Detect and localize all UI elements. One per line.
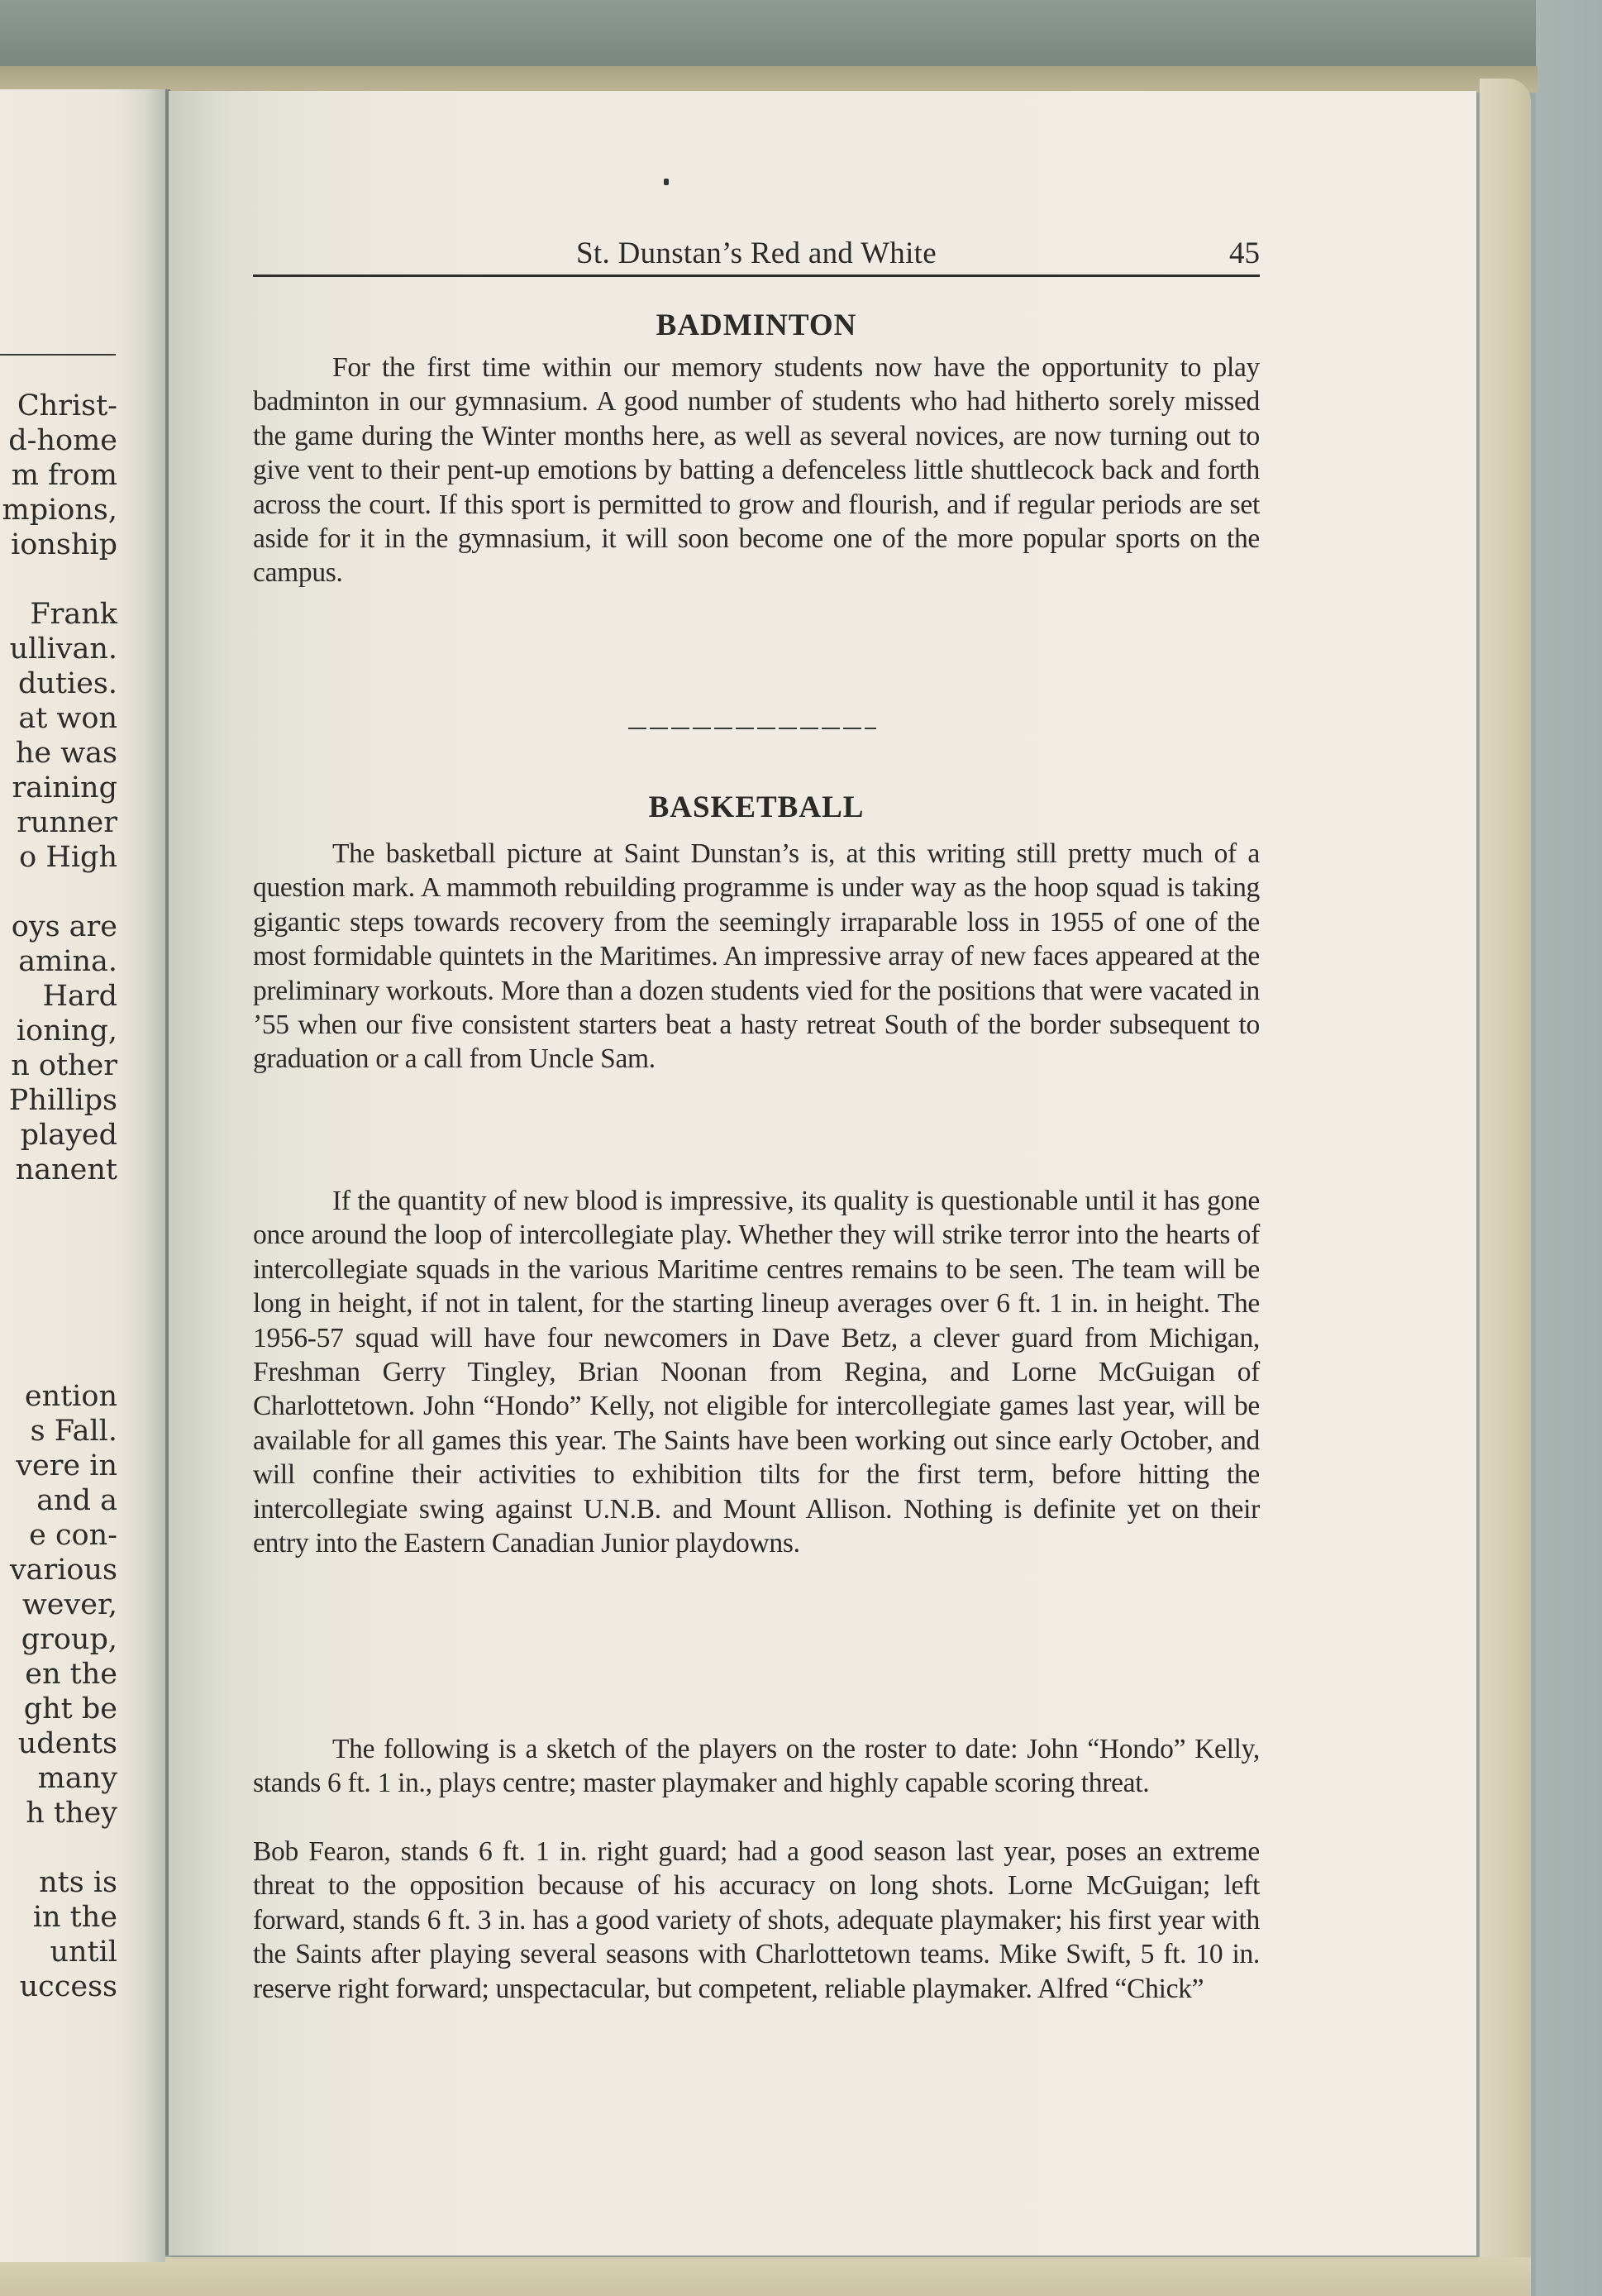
section-heading-basketball: BASKETBALL	[253, 790, 1260, 825]
left-page-rule	[0, 354, 116, 356]
book-cover-edge-bottom	[0, 2257, 1531, 2296]
roster-details: Bob Fearon, stands 6 ft. 1 in. right gua…	[253, 1835, 1260, 2006]
basketball-paragraph-1: The basketball picture at Saint Dunstan’…	[253, 837, 1260, 1076]
basketball-paragraph-3: The following is a sketch of the players…	[253, 1732, 1260, 1801]
basketball-paragraph-2: If the quantity of new blood is impressi…	[253, 1184, 1260, 1560]
print-mark	[664, 179, 669, 185]
running-title: St. Dunstan’s Red and White	[253, 236, 1260, 271]
scan-backdrop-top	[0, 0, 1602, 66]
book-cover-edge-top	[0, 66, 1538, 93]
left-page-fragment: Christ- d-home m from mpions, ionship Fr…	[0, 89, 165, 2262]
roster-intro: The following is a sketch of the players…	[253, 1734, 1260, 1798]
badminton-paragraph: For the first time within our memory stu…	[253, 351, 1260, 590]
left-page-text-bottom: ention s Fall. vere in and a e con- vari…	[10, 1379, 117, 2004]
book-cover-edge-right	[1480, 79, 1531, 2294]
section-heading-badminton: BADMINTON	[253, 308, 1260, 343]
section-separator	[628, 728, 876, 729]
scan-backdrop-right	[1536, 0, 1602, 2296]
page-number: 45	[1229, 236, 1260, 271]
left-page-text-top: Christ- d-home m from mpions, ionship Fr…	[2, 389, 118, 1187]
running-header: St. Dunstan’s Red and White 45	[253, 233, 1260, 277]
